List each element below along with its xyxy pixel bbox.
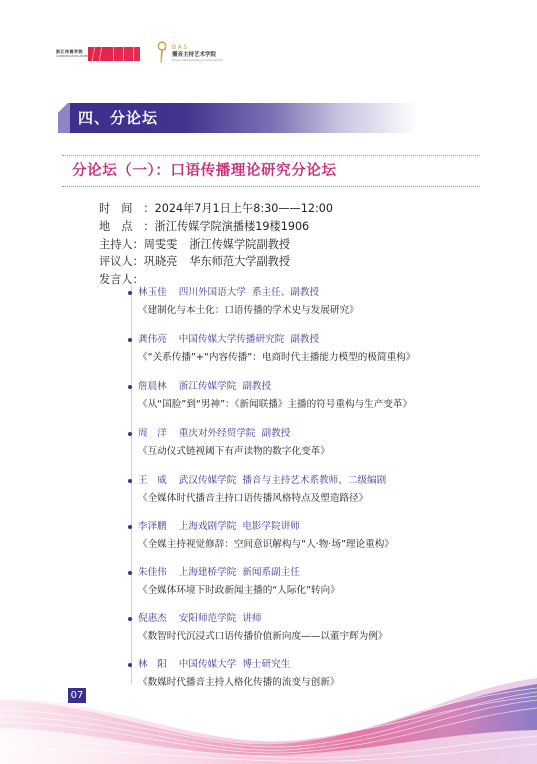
bullet-icon <box>128 525 132 529</box>
speaker-org: 上海戏剧学院 <box>179 520 237 534</box>
speaker-name: 林玉佳 <box>138 286 167 300</box>
info-host: 主持人：周雯雯浙江传媒学院副教授 <box>99 236 333 254</box>
speaker-topic: 《数智时代沉浸式口语传播价值新向度——以董宇辉为例》 <box>138 630 508 644</box>
speaker-topic: 《建制化与本土化：口语传播的学术史与发展研究》 <box>138 304 508 318</box>
speaker-item: 林玉佳四川外国语大学系主任、副教授 《建制化与本土化：口语传播的学术史与发展研究… <box>128 286 508 318</box>
subforum-title: 分论坛（一）：口语传播理论研究分论坛 <box>72 160 337 182</box>
session-info: 时间：2024年7月1日上午8:30——12:00 地点：浙江传媒学院演播楼19… <box>99 200 333 289</box>
speaker-item: 周 洋重庆对外经贸学院副教授 《互动仪式链视阈下有声读物的数字化变革》 <box>128 427 508 459</box>
speaker-item: 李泽鹏上海戏剧学院电影学院讲师 《全媒主持视觉修辞：空间意识解构与“人·物·场”… <box>128 520 508 552</box>
info-reviewer: 评议人：巩晓亮华东师范大学副教授 <box>99 253 333 271</box>
bullet-icon <box>128 291 132 295</box>
host-name: 周雯雯 <box>144 236 178 254</box>
speaker-title: 系主任、副教授 <box>252 286 319 300</box>
speaker-topic: 《“关系传播”+“内容传播”：电商时代主播能力模型的极简重构》 <box>138 351 508 365</box>
speaker-item: 龚伟亮中国传媒大学传播研究院副教授 《“关系传播”+“内容传播”：电商时代主播能… <box>128 333 508 365</box>
speaker-title: 新闻系副主任 <box>242 566 300 580</box>
speaker-topic: 《从“国脸”到“男神”：《新闻联播》主播的符号重构与生产变革》 <box>138 398 508 412</box>
wave-decoration <box>0 670 537 764</box>
microphone-torch-icon <box>157 41 169 65</box>
speaker-org: 四川外国语大学 <box>179 286 246 300</box>
speaker-topic: 《全媒体时代播音主持口语传播风格特点及塑造路径》 <box>138 492 508 506</box>
speaker-name: 朱佳伟 <box>138 566 167 580</box>
bullet-icon <box>128 338 132 342</box>
section-banner: 四、分论坛 <box>58 103 418 133</box>
speaker-org: 安阳师范学院 <box>179 612 237 626</box>
speaker-org: 浙江传媒学院 <box>179 380 237 394</box>
host-label: 主持人 <box>99 236 133 254</box>
page-number: 07 <box>68 688 86 703</box>
university-logo-bar-icon <box>88 47 140 61</box>
time-value: 2024年7月1日上午8:30——12:00 <box>155 200 333 218</box>
university-name-cn: 浙江传媒学院 <box>56 50 86 54</box>
host-org: 浙江传媒学院副教授 <box>189 236 290 254</box>
university-name-en: COMMUNICATION UNIVERSITY OF ZHEJIANG <box>56 55 86 58</box>
speaker-topic: 《互动仪式链视阈下有声读物的数字化变革》 <box>138 445 508 459</box>
speaker-item: 詹晨林浙江传媒学院副教授 《从“国脸”到“男神”：《新闻联播》主播的符号重构与生… <box>128 380 508 412</box>
speaker-title: 副教授 <box>290 333 319 347</box>
bullet-icon <box>128 432 132 436</box>
speaker-name: 龚伟亮 <box>138 333 167 347</box>
school-abbr: BAS <box>172 45 223 51</box>
university-logo: 浙江传媒学院 COMMUNICATION UNIVERSITY OF ZHEJI… <box>56 46 140 62</box>
reviewer-name: 巩晓亮 <box>144 253 178 271</box>
speaker-org: 重庆对外经贸学院 <box>179 427 256 441</box>
speaker-item: 朱佳伟上海建桥学院新闻系副主任 《全媒体环境下时政新闻主播的“人际化”转向》 <box>128 566 508 598</box>
speaker-title: 副教授 <box>262 427 291 441</box>
speaker-title: 播音与主持艺术系教师、二级编剧 <box>242 474 386 488</box>
speaker-name: 倪惠杰 <box>138 612 167 626</box>
school-name-en: School of Broadcasting & Anchoring Arts <box>172 59 223 62</box>
place-label: 地点 <box>99 218 143 236</box>
speaker-title: 副教授 <box>242 380 271 394</box>
speaker-name: 王 威 <box>138 474 167 488</box>
speaker-title: 电影学院讲师 <box>242 520 300 534</box>
program-page: 浙江传媒学院 COMMUNICATION UNIVERSITY OF ZHEJI… <box>0 0 537 764</box>
dotted-divider-top <box>62 155 480 156</box>
bullet-icon <box>128 617 132 621</box>
bullet-icon <box>128 571 132 575</box>
bullet-icon <box>128 663 132 667</box>
info-time: 时间：2024年7月1日上午8:30——12:00 <box>99 200 333 218</box>
speaker-org: 武汉传媒学院 <box>179 474 237 488</box>
speaker-name: 李泽鹏 <box>138 520 167 534</box>
speaker-name: 周 洋 <box>138 427 167 441</box>
speaker-item: 王 威武汉传媒学院播音与主持艺术系教师、二级编剧 《全媒体时代播音主持口语传播风… <box>128 474 508 506</box>
speaker-title: 讲师 <box>242 612 261 626</box>
info-place: 地点：浙江传媒学院演播楼19楼1906 <box>99 218 333 236</box>
section-title: 四、分论坛 <box>78 108 158 128</box>
reviewer-label: 评议人 <box>99 253 133 271</box>
banner-tab-decoration <box>58 103 70 133</box>
speaker-org: 上海建桥学院 <box>179 566 237 580</box>
speaker-name: 詹晨林 <box>138 380 167 394</box>
speaker-item: 倪惠杰安阳师范学院讲师 《数智时代沉浸式口语传播价值新向度——以董宇辉为例》 <box>128 612 508 644</box>
dotted-divider-bottom <box>62 186 480 187</box>
school-logo: BAS 播音主持艺术学院 School of Broadcasting & An… <box>157 40 223 66</box>
speaker-org: 中国传媒大学传播研究院 <box>179 333 285 347</box>
reviewer-org: 华东师范大学副教授 <box>189 253 290 271</box>
bullet-icon <box>128 385 132 389</box>
speaker-topic: 《全媒体环境下时政新闻主播的“人际化”转向》 <box>138 584 508 598</box>
speaker-topic: 《全媒主持视觉修辞：空间意识解构与“人·物·场”理论重构》 <box>138 538 508 552</box>
school-name-cn: 播音主持艺术学院 <box>172 52 223 58</box>
time-label: 时间 <box>99 200 143 218</box>
bullet-icon <box>128 479 132 483</box>
place-value: 浙江传媒学院演播楼19楼1906 <box>155 218 310 236</box>
